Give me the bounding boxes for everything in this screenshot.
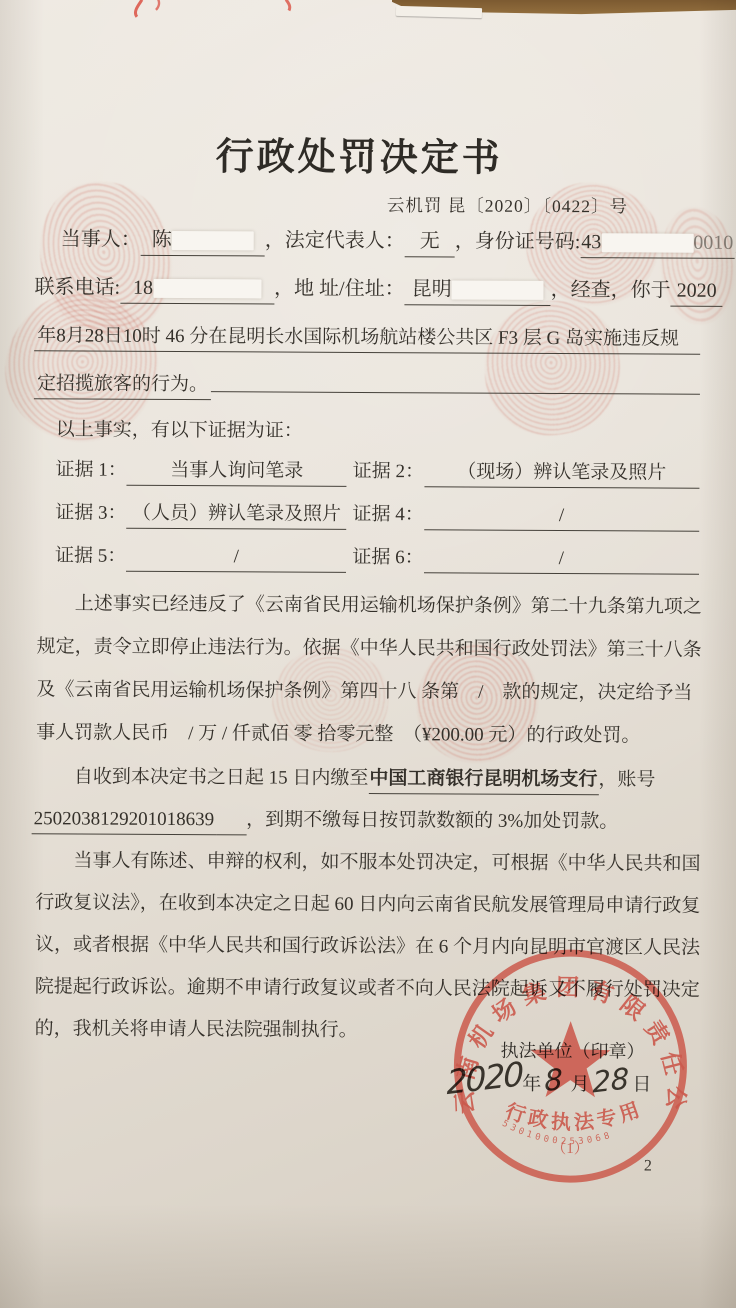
legal-rep-label: 法定代表人： — [285, 230, 405, 253]
fingerprint-stain — [473, 290, 632, 447]
ruling-line-1: 上述事实已经违反了《云南省民用运输机场保护条例》第二十九条第九项之 — [37, 590, 702, 620]
payment-penalty-text: ，到期不缴每日按罚款数额的 3%加处罚款。 — [246, 809, 618, 832]
ruling-line-3: 及《云南省民用运输机场保护条例》第四十八 条第 / 款的规定，决定给予当 — [36, 676, 692, 706]
name-redaction-box — [172, 231, 254, 250]
fact-line-3: 定招揽旅客的行为。 — [34, 370, 700, 402]
fact-line-2: 年8月28日10时 46 分在昆明长水国际机场航站楼公共区 F3 层 G 岛实施… — [34, 322, 700, 354]
seal-company-text: 云南机场集团有限责任公司 — [442, 944, 691, 1119]
rights-line-1: 当事人有陈述、申辩的权利，如不服本处罚决定，可根据《中华人民共和国 — [35, 847, 700, 877]
evidence-2-value: （现场）辨认笔录及照片 — [424, 458, 700, 488]
party-label: 当事人： — [61, 228, 141, 250]
id-label: 身份证号码: — [475, 231, 581, 254]
payment-line-1: 自收到本决定书之日起 15 日内缴至中国工商银行昆明机场支行，账号 — [36, 763, 656, 795]
bank-name: 中国工商银行昆明机场支行 — [368, 765, 598, 795]
blank-underline — [211, 371, 700, 395]
evidence-5-label: 证据 5： — [55, 542, 126, 569]
evidence-5-value: / — [126, 543, 346, 573]
fingerprint-stain — [655, 203, 736, 328]
evidence-6-value: / — [424, 544, 700, 574]
evidence-6-label: 证据 6： — [352, 544, 423, 571]
evidence-row-3: 证据 5：/证据 6：/ — [55, 542, 699, 574]
violation-year: 2020 — [671, 278, 723, 307]
legal-rep-value: 无 — [405, 228, 455, 257]
contact-line: 联系电话:18，地 址/住址：昆明，经查，你于2020 — [34, 274, 722, 307]
page-number: 2 — [644, 1157, 652, 1175]
payment-line-2: 2502038129201018639，到期不缴每日按罚款数额的 3%加处罚款。 — [32, 805, 619, 837]
red-pen-marks — [118, 0, 318, 22]
evidence-3-value: （人员）辨认笔录及照片 — [126, 500, 346, 530]
id-tail: 0010 — [693, 232, 733, 254]
ruling-line-4: 事人罚款人民币 / 万 / 仟贰佰 零 拾零元整 （¥200.00 元）的行政处… — [36, 719, 640, 749]
lead-in-text: 经查，你于 — [571, 279, 671, 302]
evidence-1-label: 证据 1： — [55, 456, 126, 483]
address-redaction-box — [452, 280, 544, 299]
payment-post: ，账号 — [598, 769, 655, 790]
official-seal: 云南机场集团有限责任公司 行政执法专用章 （1） 5301000253068 — [442, 944, 699, 1191]
phone-label: 联系电话: — [34, 276, 120, 298]
evidence-3-label: 证据 3： — [55, 499, 126, 526]
document-title: 行政处罚决定书 — [0, 124, 719, 183]
evidence-heading: 以上事实，有以下证据为证： — [56, 416, 303, 444]
rights-line-5: 的，我机关将申请人民法院强制执行。 — [35, 1015, 358, 1044]
evidence-2-label: 证据 2： — [353, 458, 424, 485]
document-number: 云机罚 昆〔2020〕〔0422〕号 — [387, 192, 628, 218]
payment-pre: 自收到本决定书之日起 15 日内缴至 — [74, 766, 369, 789]
document-photo: 行政处罚决定书 云机罚 昆〔2020〕〔0422〕号 当事人：陈，法定代表人：无… — [0, 0, 736, 1308]
evidence-row-2: 证据 3：（人员）辨认笔录及照片证据 4：/ — [55, 499, 699, 531]
ruling-line-2: 规定，责令立即停止违法行为。依据《中华人民共和国行政处罚法》第三十八条 — [37, 633, 702, 663]
seal-star-icon — [530, 1021, 610, 1097]
party-name: 陈 — [152, 229, 172, 251]
address-label: 地 址/住址： — [294, 278, 405, 301]
evidence-4-label: 证据 4： — [353, 501, 424, 528]
phone-prefix: 18 — [133, 277, 153, 299]
phone-redaction-box — [153, 279, 261, 299]
id-redaction-box — [601, 233, 693, 252]
evidence-1-value: 当事人询问笔录 — [127, 457, 347, 487]
account-number: 2502038129201018639 — [32, 805, 217, 835]
rights-line-2: 行政复议法》，在收到本决定之日起 60 日内向云南省民航发展管理局申请行政复 — [35, 889, 700, 919]
party-line: 当事人：陈，法定代表人：无，身份证号码:430010， — [41, 226, 736, 259]
svg-text:云南机场集团有限责任公司: 云南机场集团有限责任公司 — [442, 944, 691, 1119]
address-prefix: 昆明 — [412, 278, 452, 300]
evidence-row-1: 证据 1：当事人询问笔录证据 2：（现场）辨认笔录及照片 — [55, 456, 699, 488]
id-prefix: 43 — [581, 231, 601, 253]
blank-underline — [216, 814, 246, 835]
evidence-4-value: / — [424, 501, 700, 531]
